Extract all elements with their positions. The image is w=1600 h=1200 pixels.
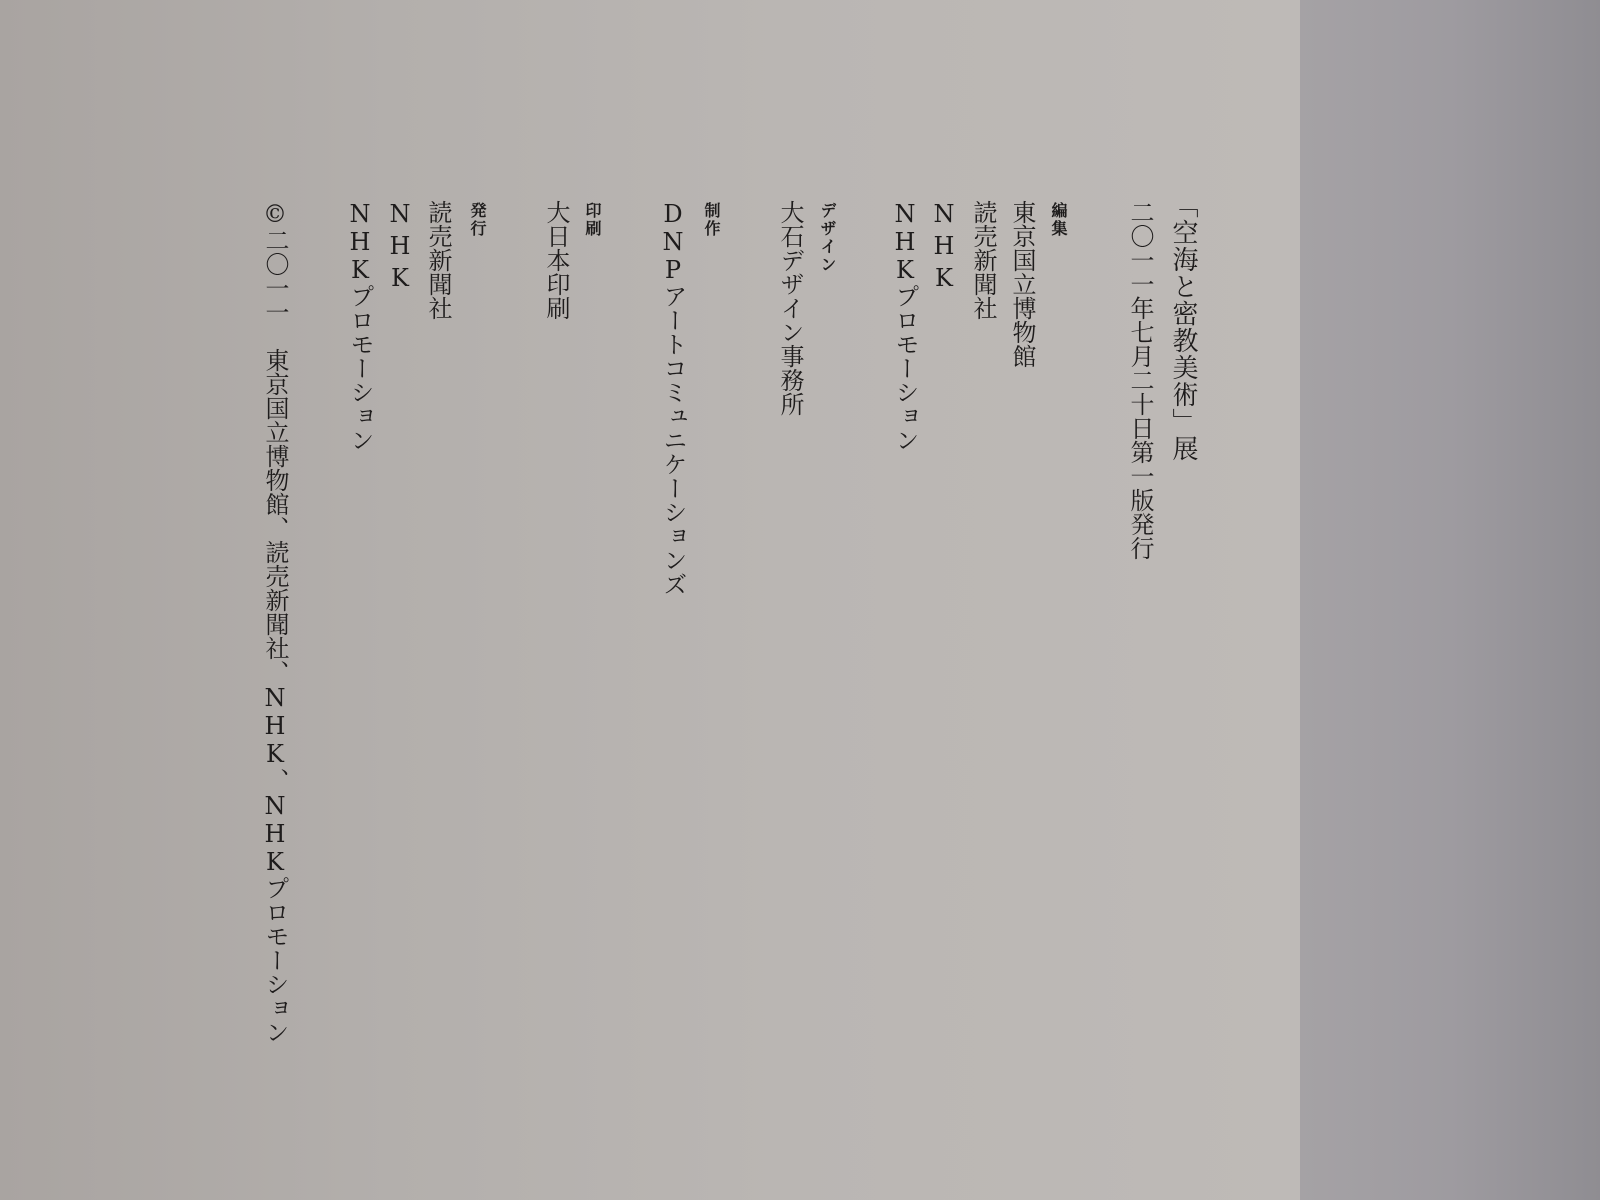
editor-entry: NHKプロモーション [893, 200, 917, 452]
publication-date: 二〇一一年七月二十日第一版発行 [1128, 200, 1152, 560]
publisher-entry: 読売新聞社 [426, 200, 450, 320]
section-label-printing: 印刷 [584, 202, 600, 238]
editor-entry: 読売新聞社 [971, 200, 995, 320]
exhibition-title: 「空海と密教美術」展 [1170, 192, 1196, 462]
colophon-page [0, 0, 1300, 1200]
designer-entry: 大石デザイン事務所 [778, 200, 802, 416]
section-label-publisher: 発行 [469, 202, 485, 238]
production-entry: DNPアートコミュニケーションズ [661, 200, 685, 596]
background-surface [1300, 0, 1600, 1200]
printer-entry: 大日本印刷 [544, 200, 568, 320]
publisher-entry: NHKプロモーション [348, 200, 372, 452]
editor-entry: NHK [932, 200, 956, 296]
copyright-line: ©二〇一一 東京国立博物館、読売新聞社、NHK、NHKプロモーション [263, 200, 287, 1044]
section-label-editing: 編集 [1050, 202, 1066, 238]
section-label-production: 制作 [703, 202, 719, 238]
publisher-entry: NHK [388, 200, 412, 296]
section-label-design: デザイン [819, 202, 835, 274]
editor-entry: 東京国立博物館 [1010, 200, 1034, 368]
